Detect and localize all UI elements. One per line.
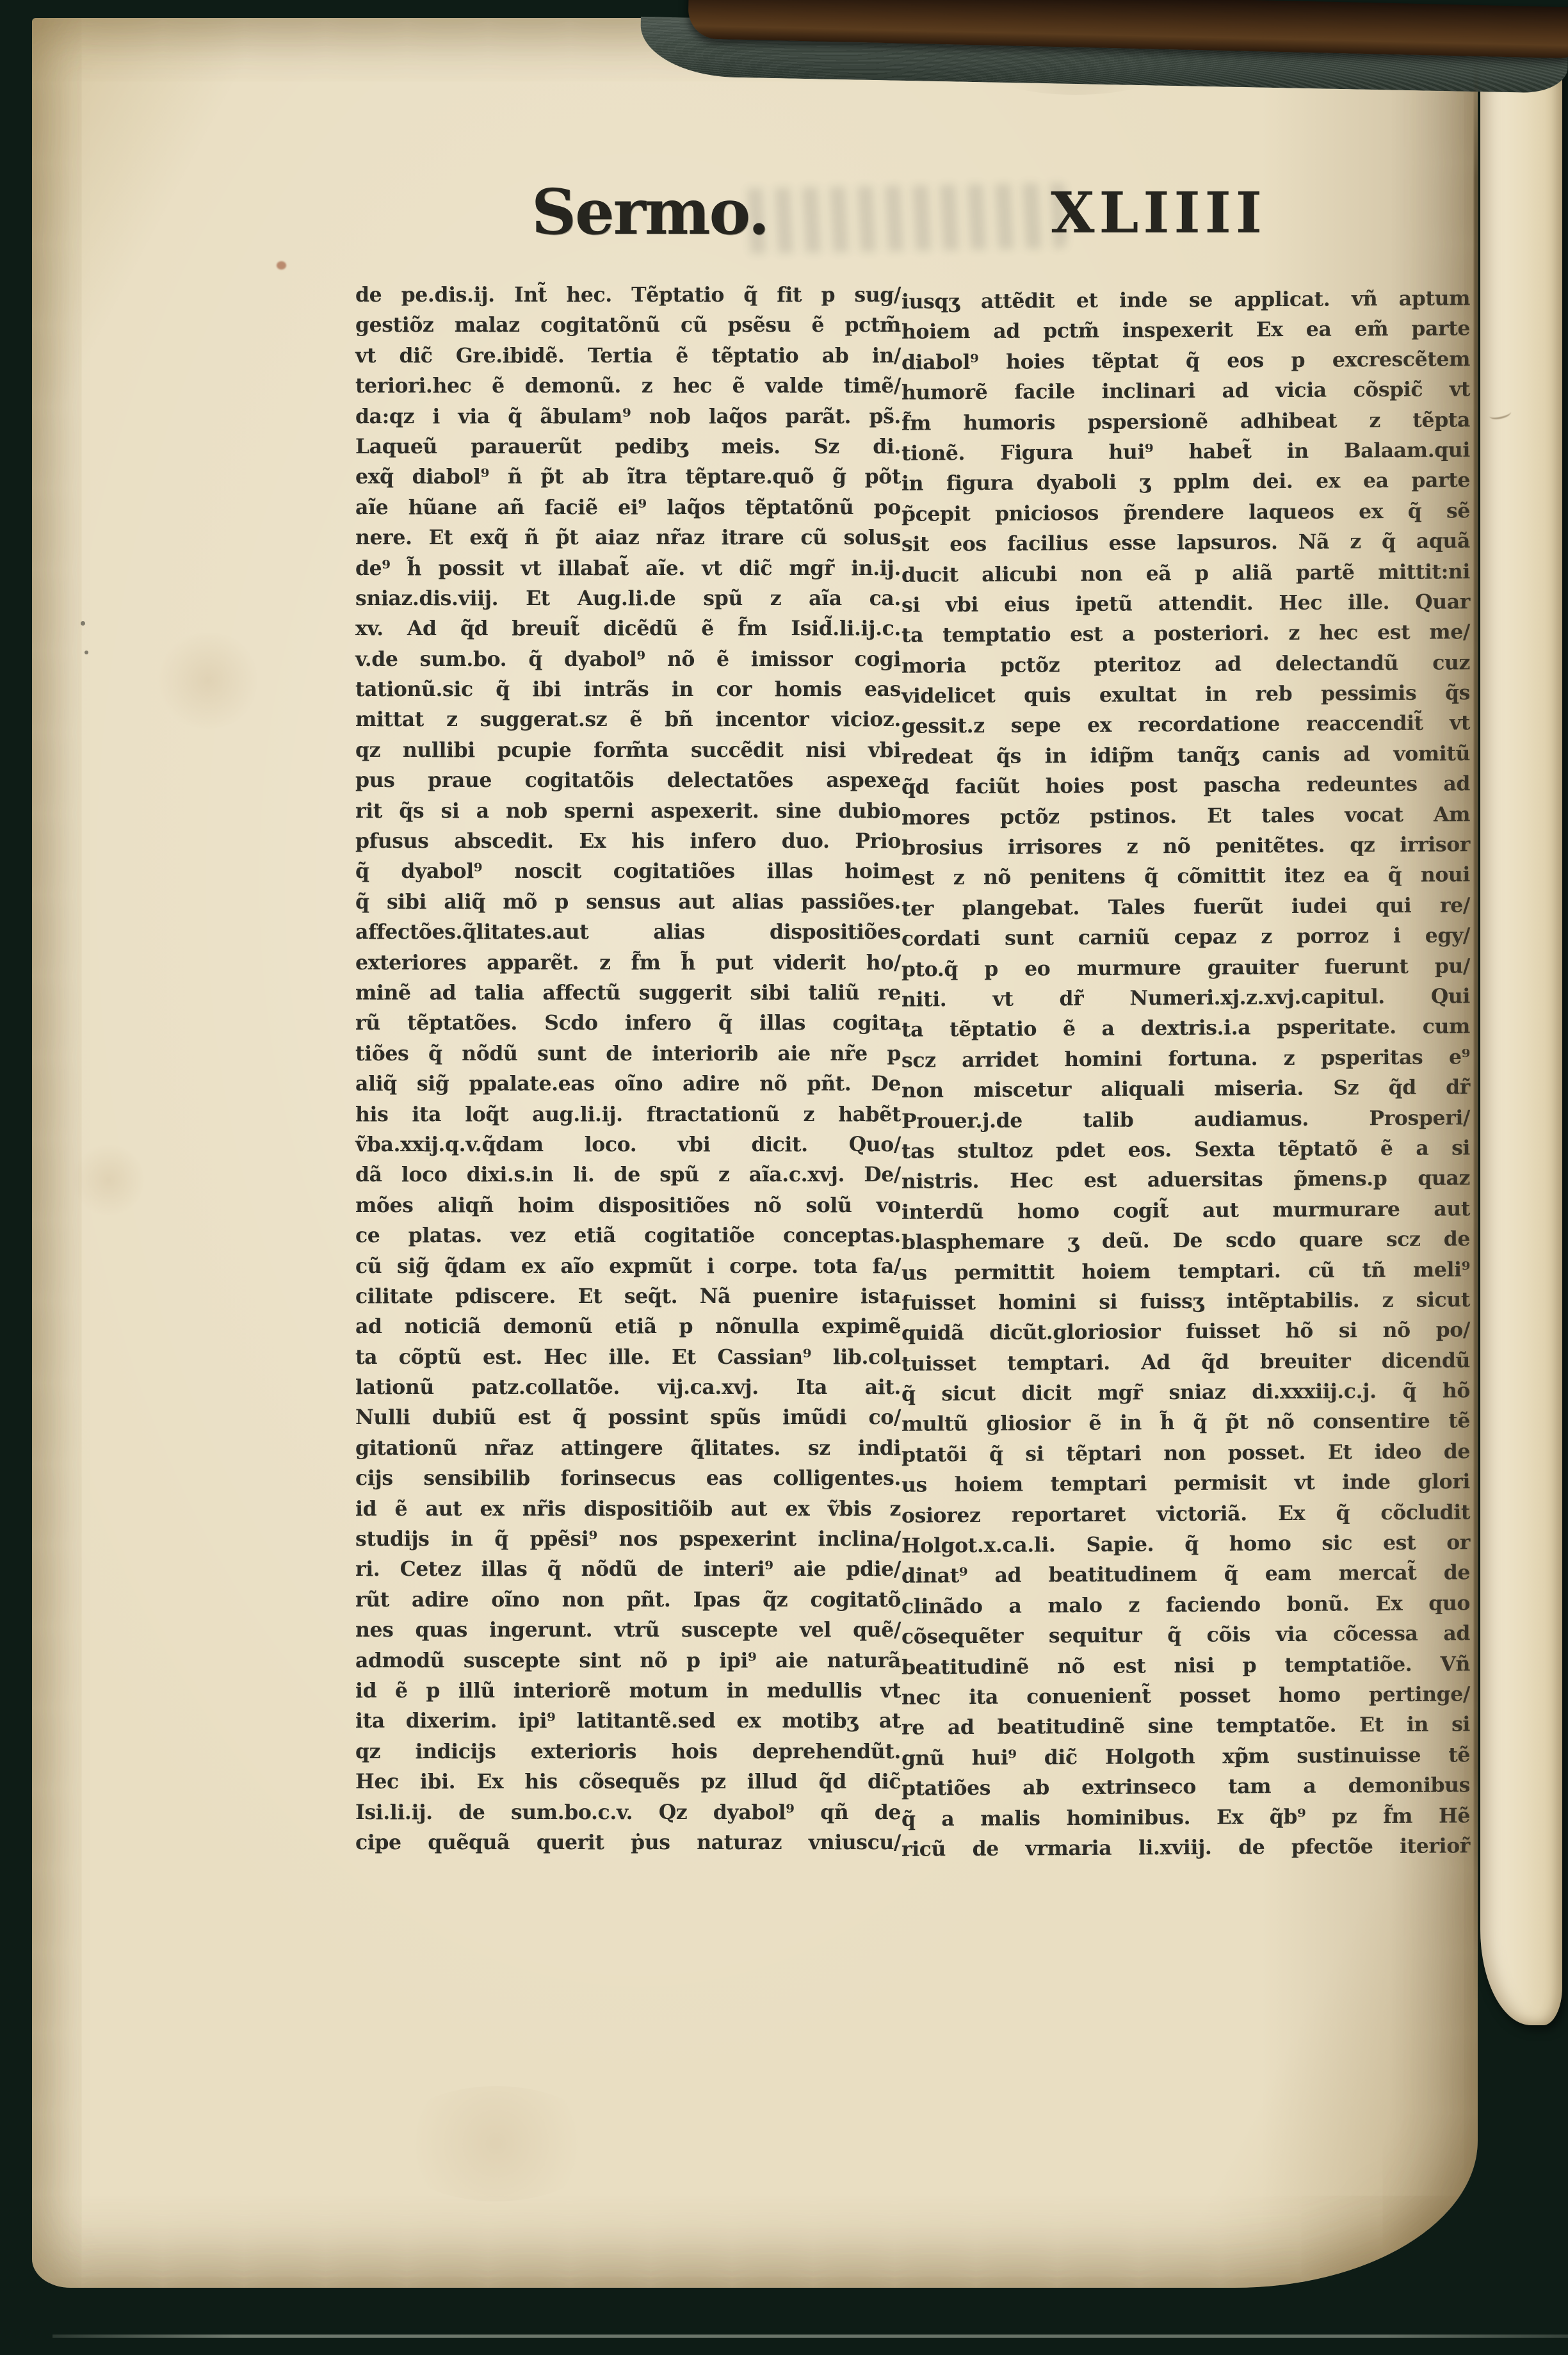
text-line: hoiem ad pctm̃ inspexerit Ex ea em̃ part…	[901, 317, 1470, 351]
text-line: id ẽ aut ex nr̃is dispositiõib aut ex ṽb…	[355, 1497, 901, 1527]
text-line: his ita loq̃t aug.li.ij. ftractationũ z …	[355, 1103, 901, 1133]
text-line: aĩe hũane añ faciẽ ei⁹ laq̃os tẽptatõnũ …	[355, 496, 901, 526]
text-line: Hec ibi. Ex his cõsequẽs pz illud q̃d di…	[355, 1770, 901, 1800]
book-page: Sermo. XLIIII de pe.dis.ij. Int̃ hec. Tẽ…	[32, 18, 1478, 2288]
text-line: Isi.li.ij. de sum.bo.c.v. Qz dyabol⁹ qñ …	[355, 1801, 901, 1831]
text-line: multũ gliosior ẽ in h̃ q̃ p̃t nõ consent…	[901, 1409, 1470, 1443]
text-line: diabol⁹ hoies tẽptat q̃ eos p excrescẽte…	[901, 347, 1470, 381]
text-line: lationũ patz.collatõe. vij.ca.xvj. Ita a…	[355, 1375, 901, 1405]
text-line: est z nõ penitens q̃ cõmittit itez ea q̃…	[901, 863, 1470, 897]
text-line: clinãdo a malo z faciendo bonũ. Ex quo	[901, 1591, 1470, 1625]
text-line: ta temptatio est a posteriori. z hec est…	[901, 620, 1470, 654]
text-line: osiorez reportaret victoriã. Ex q̃ cõclu…	[901, 1500, 1470, 1534]
text-line: q̃ sicut dicit mgr̃ sniaz di.xxxiij.c.j.…	[901, 1379, 1470, 1412]
text-line: scz arridet homini fortuna. z psperitas …	[901, 1045, 1470, 1079]
text-line: de⁹ h̃ possit vt illabat̃ aĩe. vt dic̃ m…	[355, 556, 901, 587]
text-line: Nulli dubiũ est q̃ possint spũs imũdi co…	[355, 1405, 901, 1436]
text-line: rũ tẽptatões. Scdo infero q̃ illas cogit…	[355, 1011, 901, 1041]
text-line: us permittit hoiem temptari. cũ tñ meli⁹	[901, 1258, 1470, 1291]
stain	[391, 2086, 602, 2201]
text-line: humorẽ facile inclinari ad vicia cõspic̃…	[901, 377, 1470, 411]
text-line: mittat z suggerat.sz ẽ bñ incentor vicio…	[355, 708, 901, 738]
text-line: cõsequẽter sequitur q̃ cõis via cõcessa …	[901, 1621, 1470, 1655]
text-line: si vbi eius ipetũ attendit. Hec ille. Qu…	[901, 590, 1470, 624]
text-line: re ad beatitudinẽ sine temptatõe. Et in …	[901, 1713, 1470, 1747]
text-line: ricũ de vrmaria li.xviij. de pfectõe ite…	[901, 1834, 1470, 1868]
text-line: iusqʒ attẽdit et inde se applicat. vñ ap…	[901, 286, 1470, 320]
stain	[277, 261, 286, 270]
text-line: id ẽ p illũ interiorẽ motum in medullis …	[355, 1679, 901, 1709]
text-line: beatitudinẽ nõ est nisi p temptatiõe. Vñ	[901, 1652, 1470, 1686]
text-line: q̃ a malis hominibus. Ex q̃b⁹ pz f̃m Hẽ	[901, 1804, 1470, 1838]
text-line: admodũ suscepte sint nõ p ipi⁹ aie natur…	[355, 1649, 901, 1679]
text-line: quidã dicũt.gloriosior fuisset hõ si nõ …	[901, 1318, 1470, 1352]
text-line: pus praue cogitatõis delectatões aspexe	[355, 768, 901, 798]
text-line: q̃ sibi aliq̃ mõ p sensus aut alias pass…	[355, 890, 901, 920]
facing-page-fore-edge	[1480, 56, 1562, 2025]
text-line: dinat⁹ ad beatitudinem q̃ eam mercat̃ de	[901, 1561, 1470, 1595]
text-line: nistris. Hec est aduersitas p̃mens.p qua…	[901, 1167, 1470, 1201]
text-line: sit eos facilius esse lapsuros. Nã z q̃ …	[901, 529, 1470, 563]
scan-table-edge	[53, 2335, 1568, 2338]
text-line: cordati sunt carniũ cepaz z porroz i egy…	[901, 923, 1470, 957]
text-line: gitationũ nr̃az attingere q̃litates. sz …	[355, 1436, 901, 1466]
text-line: tionẽ. Figura hui⁹ habet̃ in Balaam.qui	[901, 438, 1470, 472]
text-line: vt dic̃ Gre.ibidẽ. Tertia ẽ tẽptatio ab …	[355, 344, 901, 374]
text-line: ri. Cetez illas q̃ nõdũ de interi⁹ aie p…	[355, 1557, 901, 1587]
text-line: ṽba.xxij.q.v.q̃dam loco. vbi dicit. Quo/	[355, 1133, 901, 1163]
text-line: pfusus abscedit. Ex his infero duo. Prio	[355, 829, 901, 859]
text-line: ita dixerim. ipi⁹ latitantẽ.sed ex motib…	[355, 1709, 901, 1739]
text-line: tiões q̃ nõdũ sunt de interiorib aie nr̃…	[355, 1042, 901, 1072]
text-line: cilitate pdiscere. Et seq̃t. Nã puenire …	[355, 1284, 901, 1315]
text-line: mões aliqñ hoim dispositiões nõ solũ vo	[355, 1194, 901, 1224]
text-line: ce platas. vez etiã cogitatiõe conceptas…	[355, 1224, 901, 1254]
text-line: pto.q̃ p eo murmure grauiter fuerunt pu/	[901, 954, 1470, 988]
text-line: videlicet quis exultat in reb pessimis q…	[901, 681, 1470, 715]
text-column-left: de pe.dis.ij. Int̃ hec. Tẽptatio q̃ fit …	[355, 283, 901, 1861]
text-line: nes quas ingerunt. vtrũ suscepte vel quẽ…	[355, 1618, 901, 1648]
text-line: gnũ hui⁹ dic̃ Holgoth xp̃m sustinuisse t…	[901, 1743, 1470, 1777]
text-line: gestiõz malaz cogitatõnũ cũ psẽsu ẽ pctm…	[355, 313, 901, 343]
text-line: cipe quẽquã querit ṗus naturaz vniuscu/	[355, 1831, 901, 1861]
text-line: xv. Ad q̃d breuit̃ dicẽdũ ẽ f̃m Isid̃.li…	[355, 617, 901, 647]
text-line: qz nullibi pcupie form̃ta succẽdit nisi …	[355, 738, 901, 768]
stain	[70, 1145, 147, 1215]
ink-speck	[81, 621, 85, 626]
text-line: exteriores apparẽt. z f̃m h̃ put viderit…	[355, 951, 901, 981]
text-line: Laqueũ parauerũt pedibʒ meis. Sz di.	[355, 435, 901, 465]
running-title: Sermo.	[531, 175, 800, 248]
text-line: f̃m humoris pspersionẽ adhibeat z tẽpta	[901, 408, 1470, 442]
text-line: interdũ homo cogit̃ aut murmurare aut	[901, 1197, 1470, 1231]
text-line: nec ita conuenient̃ posset homo pertinge…	[901, 1682, 1470, 1716]
text-line: tuisset temptari. Ad q̃d breuiter dicend…	[901, 1348, 1470, 1382]
text-line: Holgot.x.ca.li. Sapie. q̃ homo sic est o…	[901, 1530, 1470, 1564]
text-line: rũt adire oĩno non pñt. Ipas q̃z cogitat…	[355, 1588, 901, 1618]
text-line: tas stultoz pdet eos. Sexta tẽptatõ ẽ a …	[901, 1136, 1470, 1170]
stain	[154, 633, 263, 729]
text-line: affectões.q̃litates.aut alias dispositiõ…	[355, 920, 901, 950]
text-line: teriori.hec ẽ demonũ. z hec ẽ valde timẽ…	[355, 374, 901, 404]
text-column-right: iusqʒ attẽdit et inde se applicat. vñ ap…	[901, 286, 1470, 1868]
text-line: cijs sensibilib forinsecus eas colligent…	[355, 1466, 901, 1496]
text-line: rit q̃s si a nob sperni aspexerit. sine …	[355, 799, 901, 829]
text-line: moria pctõz pteritoz ad delectandũ cuz	[901, 651, 1470, 684]
text-line: fuisset homini si fuissʒ intẽptabilis. z…	[901, 1288, 1470, 1322]
ink-speck	[85, 651, 88, 654]
text-line: sniaz.dis.viij. Et Aug.li.de spũ z aĩa c…	[355, 587, 901, 617]
text-line: nere. Et exq̃ ñ p̃t aiaz nr̃az itrare cũ…	[355, 526, 901, 556]
text-line: q̃d faciũt hoies post pascha redeuntes a…	[901, 772, 1470, 806]
gutter-fold	[1474, 61, 1478, 2001]
text-line: q̃ dyabol⁹ noscit cogitatiões illas hoim	[355, 859, 901, 889]
text-line: brosius irrisores z nõ penitẽtes. qz irr…	[901, 832, 1470, 866]
text-line: da:qz i via q̃ ãbulam⁹ nob laq̃os parãt.…	[355, 405, 901, 435]
text-line: v.de sum.bo. q̃ dyabol⁹ nõ ẽ imissor cog…	[355, 647, 901, 677]
text-line: aliq̃ sig̃ ppalate.eas oĩno adire nõ pñt…	[355, 1072, 901, 1102]
text-line: ta tẽptatio ẽ a dextris.i.a psperitate. …	[901, 1015, 1470, 1049]
text-line: p̃cepit pniciosos p̃rendere laqueos ex q…	[901, 499, 1470, 533]
text-line: studijs in q̃ ppẽsi⁹ nos pspexerint incl…	[355, 1527, 901, 1557]
scan-background: Sermo. XLIIII de pe.dis.ij. Int̃ hec. Tẽ…	[0, 0, 1568, 2355]
text-line: ducit alicubi non eã p aliã partẽ mittit…	[901, 560, 1470, 594]
text-line: niti. vt dr̃ Numeri.xj.z.xvj.capitul. Qu…	[901, 984, 1470, 1018]
text-line: ptatiões ab extrinseco tam a demonibus	[901, 1773, 1470, 1807]
text-line: Prouer.j.de talib audiamus. Prosperi/	[901, 1106, 1470, 1140]
text-line: mores pctõz pstinos. Et tales vocat Am	[901, 802, 1470, 836]
text-line: dã loco dixi.s.in li. de spũ z aĩa.c.xvj…	[355, 1163, 901, 1193]
text-line: redeat q̃s in idip̃m tanq̃ʒ canis ad vom…	[901, 741, 1470, 775]
text-line: ter plangebat. Tales fuerũt iudei qui re…	[901, 893, 1470, 927]
text-line: cũ sig̃ q̃dam ex aĩo expmũt i corpe. tot…	[355, 1254, 901, 1284]
text-line: blasphemare ʒ deũ. De scdo quare scz de	[901, 1227, 1470, 1261]
folio-number: XLIIII	[1049, 179, 1266, 246]
text-line: minẽ ad talia affectũ suggerit sibi tali…	[355, 981, 901, 1011]
text-line: ad noticiã demonũ etiã p nõnulla expimẽ	[355, 1315, 901, 1345]
text-line: gessit.z sepe ex recordatione reaccendit…	[901, 711, 1470, 745]
text-line: qz indicijs exterioris hois deprehendũt.	[355, 1740, 901, 1770]
text-line: de pe.dis.ij. Int̃ hec. Tẽptatio q̃ fit …	[355, 283, 901, 313]
text-line: ptatõi q̃ si tẽptari non posset. Et ideo…	[901, 1439, 1470, 1473]
text-line: us hoiem temptari permisit vt inde glori	[901, 1470, 1470, 1504]
text-line: tationũ.sic q̃ ibi intrãs in cor homis e…	[355, 677, 901, 708]
text-line: in figura dyaboli ʒ pplm dei. ex ea part…	[901, 469, 1470, 503]
text-line: ta cõptũ est. Hec ille. Et Cassian⁹ lib.…	[355, 1345, 901, 1375]
text-line: non miscetur aliquali miseria. Sz q̃d dr…	[901, 1075, 1470, 1109]
text-line: exq̃ diabol⁹ ñ p̃t ab ĩtra tẽptare.quõ g…	[355, 465, 901, 495]
